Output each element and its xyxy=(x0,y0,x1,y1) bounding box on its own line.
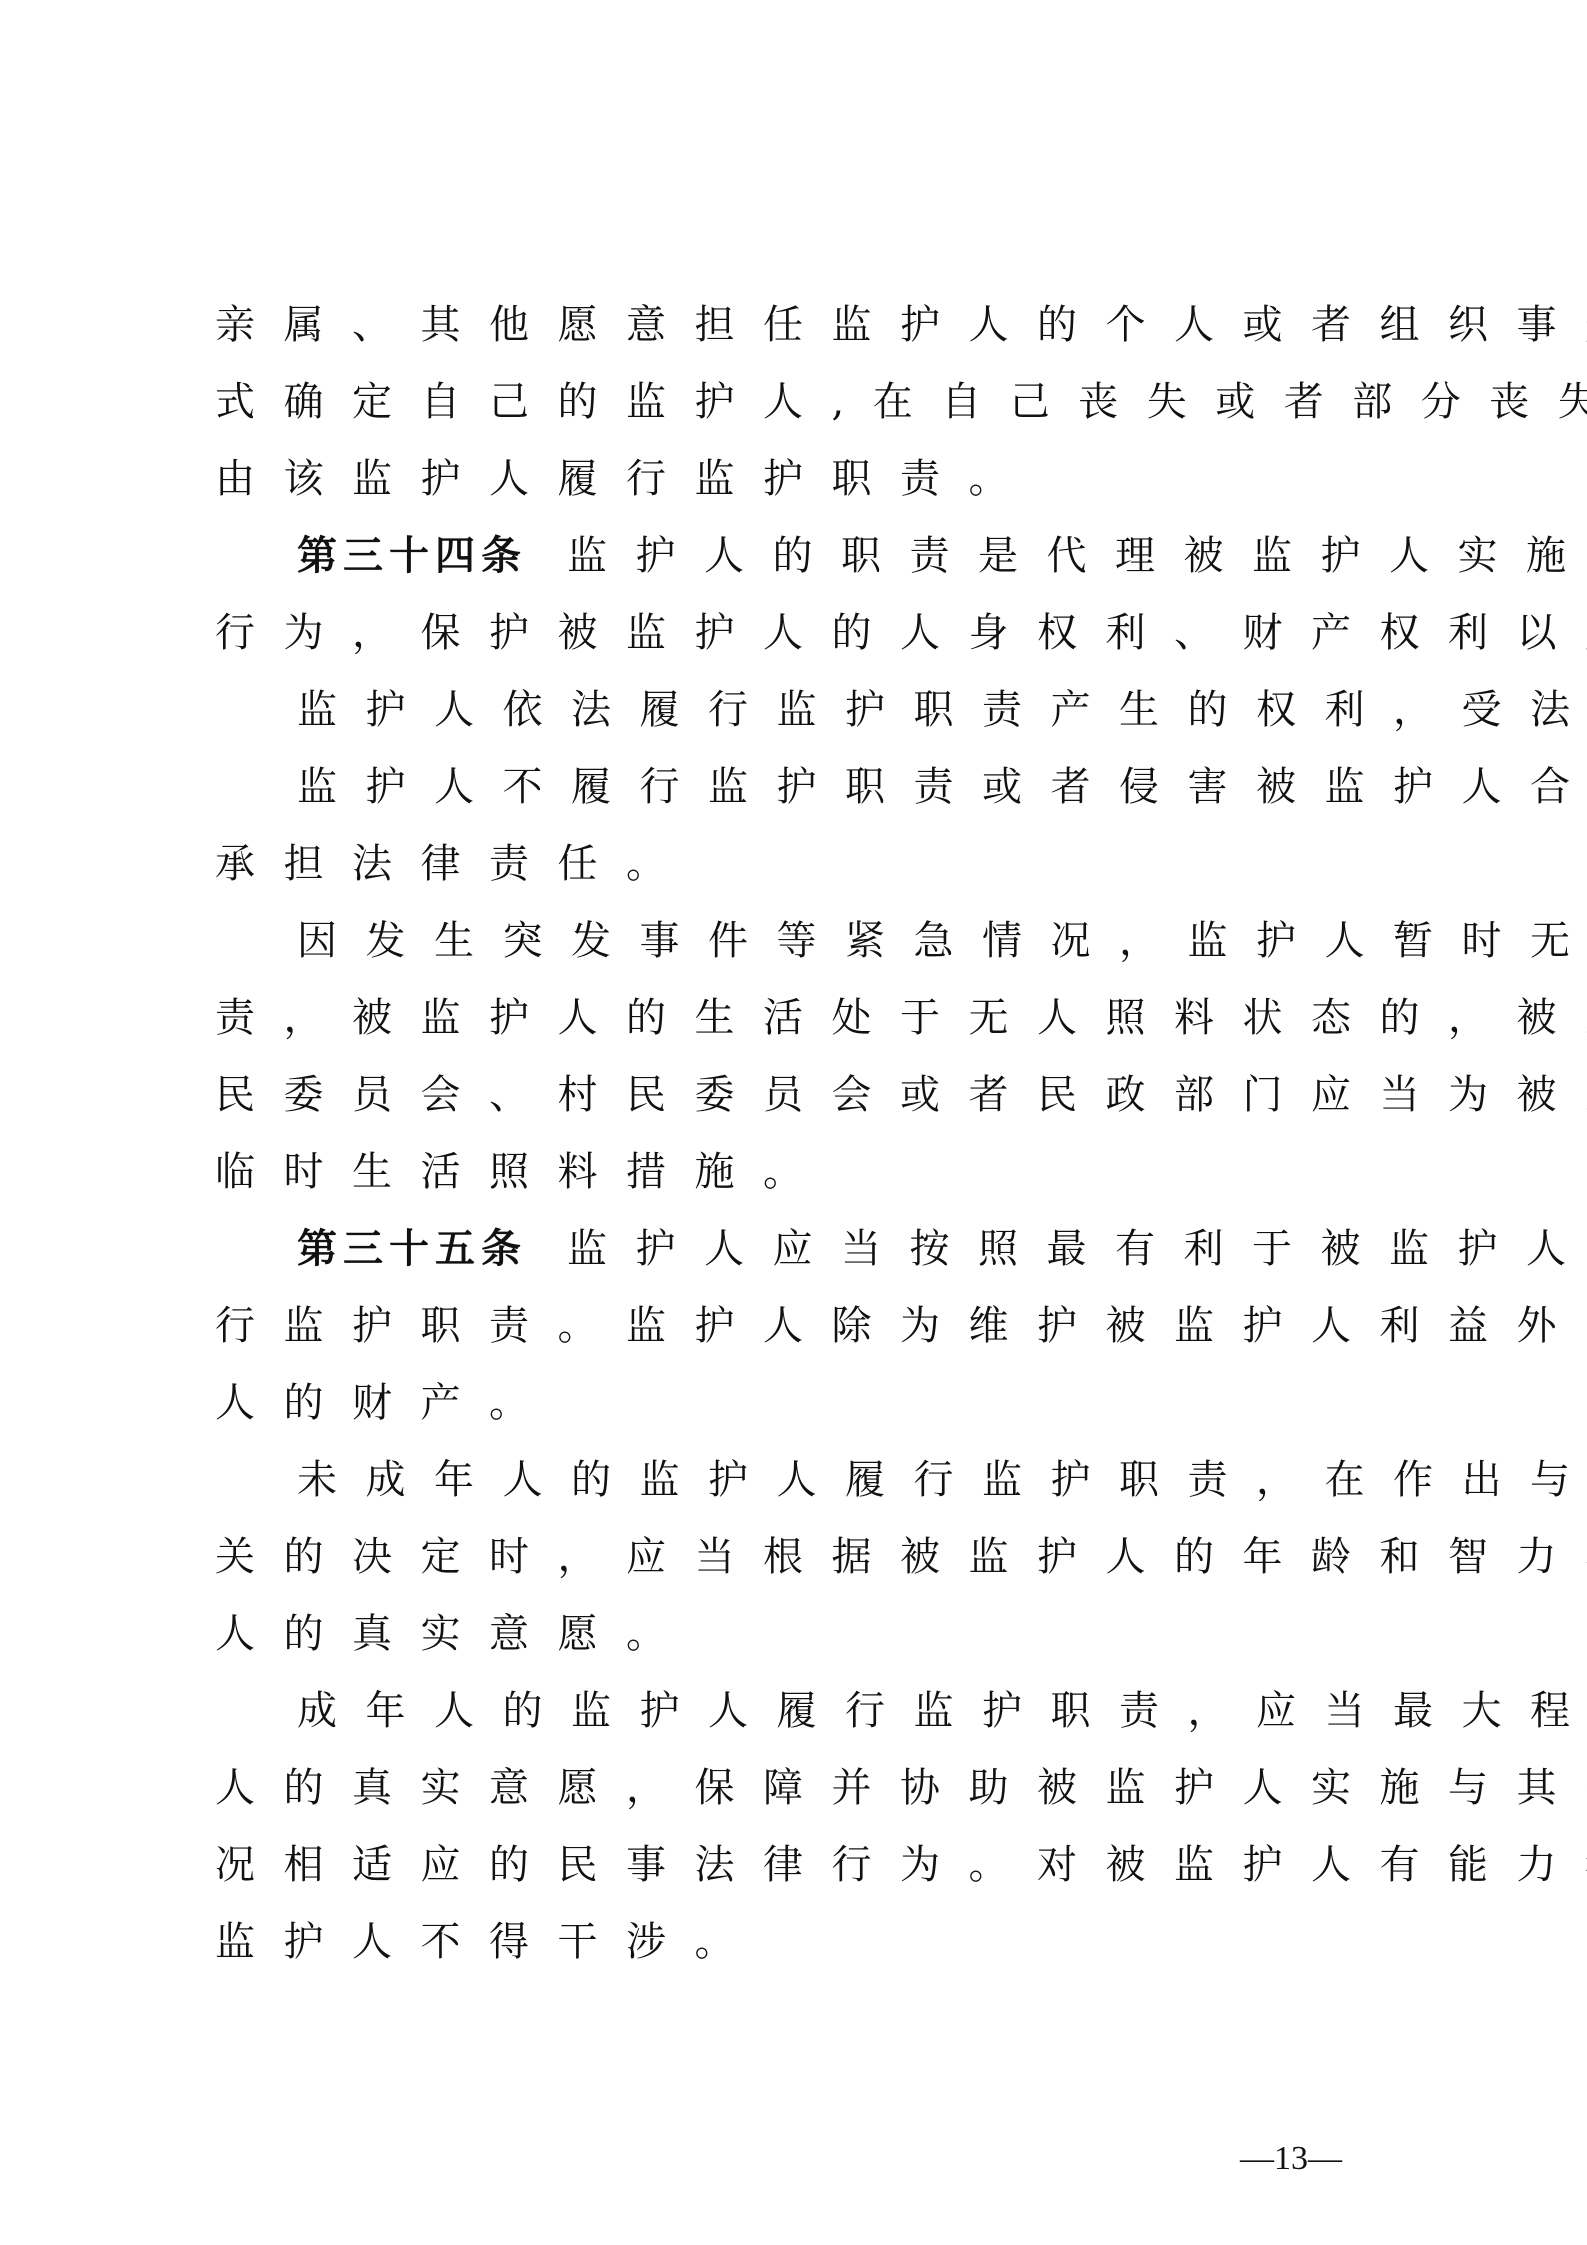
line-text: 监护人依法履行监护职责产生的权利，受法律保护。 xyxy=(297,687,1587,733)
line-text: 由该监护人履行监护职责。 xyxy=(215,456,1037,502)
text-line: 监护人不得干涉。 xyxy=(215,1904,1387,1981)
article-heading: 第三十五条 xyxy=(297,1226,527,1272)
line-text: 责，被监护人的生活处于无人照料状态的，被监护人住所地的居 xyxy=(215,995,1587,1041)
line-text: 监护人不得干涉。 xyxy=(215,1919,763,1965)
page-number: —13— xyxy=(1240,2140,1342,2178)
line-text: 监护人应当按照最有利于被监护人的原则履 xyxy=(567,1226,1587,1272)
text-line: 亲属、其他愿意担任监护人的个人或者组织事先协商，以书面形 xyxy=(215,287,1387,364)
line-text: 成年人的监护人履行监护职责，应当最大程度地尊重被监护 xyxy=(297,1688,1587,1734)
article-heading: 第三十四条 xyxy=(297,533,527,579)
line-text: 关的决定时，应当根据被监护人的年龄和智力状况，尊重被监护 xyxy=(215,1534,1587,1580)
line-text: 人的真实意愿，保障并协助被监护人实施与其智力、精神健康状 xyxy=(215,1765,1587,1811)
line-text: 行监护职责。监护人除为维护被监护人利益外，不得处分被监护 xyxy=(215,1303,1587,1349)
line-text: 因发生突发事件等紧急情况，监护人暂时无法履行监护职 xyxy=(297,918,1587,964)
text-line: 监护人不履行监护职责或者侵害被监护人合法权益的，应当 xyxy=(215,749,1387,826)
text-line: 由该监护人履行监护职责。 xyxy=(215,441,1387,518)
text-line: 成年人的监护人履行监护职责，应当最大程度地尊重被监护 xyxy=(215,1673,1387,1750)
text-line: 未成年人的监护人履行监护职责，在作出与被监护人利益有 xyxy=(215,1442,1387,1519)
text-line: 监护人依法履行监护职责产生的权利，受法律保护。 xyxy=(215,672,1387,749)
line-text: 监护人的职责是代理被监护人实施民事法律 xyxy=(567,533,1587,579)
line-text: 况相适应的民事法律行为。对被监护人有能力独立处理的事务， xyxy=(215,1842,1587,1888)
text-line: 民委员会、村民委员会或者民政部门应当为被监护人安排必要的 xyxy=(215,1057,1387,1134)
text-line: 人的真实意愿，保障并协助被监护人实施与其智力、精神健康状 xyxy=(215,1750,1387,1827)
text-line: 因发生突发事件等紧急情况，监护人暂时无法履行监护职 xyxy=(215,903,1387,980)
line-text: 人的财产。 xyxy=(215,1380,558,1426)
text-line: 临时生活照料措施。 xyxy=(215,1134,1387,1211)
line-text: 承担法律责任。 xyxy=(215,841,695,887)
line-text: 人的真实意愿。 xyxy=(215,1611,695,1657)
text-line: 行为，保护被监护人的人身权利、财产权利以及其他合法权益等。 xyxy=(215,595,1387,672)
text-line: 关的决定时，应当根据被监护人的年龄和智力状况，尊重被监护 xyxy=(215,1519,1387,1596)
text-line: 人的真实意愿。 xyxy=(215,1596,1387,1673)
article-34-heading-line: 第三十四条监护人的职责是代理被监护人实施民事法律 xyxy=(215,518,1387,595)
line-text: 行为，保护被监护人的人身权利、财产权利以及其他合法权益等。 xyxy=(215,610,1587,656)
line-text: 式确定自己的监护人,在自己丧失或者部分丧失民事行为能力时， xyxy=(215,379,1587,425)
text-line: 况相适应的民事法律行为。对被监护人有能力独立处理的事务， xyxy=(215,1827,1387,1904)
text-line: 行监护职责。监护人除为维护被监护人利益外，不得处分被监护 xyxy=(215,1288,1387,1365)
text-line: 责，被监护人的生活处于无人照料状态的，被监护人住所地的居 xyxy=(215,980,1387,1057)
line-text: 未成年人的监护人履行监护职责，在作出与被监护人利益有 xyxy=(297,1457,1587,1503)
text-line: 承担法律责任。 xyxy=(215,826,1387,903)
article-35-heading-line: 第三十五条监护人应当按照最有利于被监护人的原则履 xyxy=(215,1211,1387,1288)
text-line: 人的财产。 xyxy=(215,1365,1387,1442)
line-text: 民委员会、村民委员会或者民政部门应当为被监护人安排必要的 xyxy=(215,1072,1587,1118)
line-text: 临时生活照料措施。 xyxy=(215,1149,832,1195)
line-text: 亲属、其他愿意担任监护人的个人或者组织事先协商，以书面形 xyxy=(215,302,1587,348)
document-page: 亲属、其他愿意担任监护人的个人或者组织事先协商，以书面形 式确定自己的监护人,在… xyxy=(0,0,1587,2245)
line-text: 监护人不履行监护职责或者侵害被监护人合法权益的，应当 xyxy=(297,764,1587,810)
document-body: 亲属、其他愿意担任监护人的个人或者组织事先协商，以书面形 式确定自己的监护人,在… xyxy=(215,287,1387,1981)
text-line: 式确定自己的监护人,在自己丧失或者部分丧失民事行为能力时， xyxy=(215,364,1387,441)
